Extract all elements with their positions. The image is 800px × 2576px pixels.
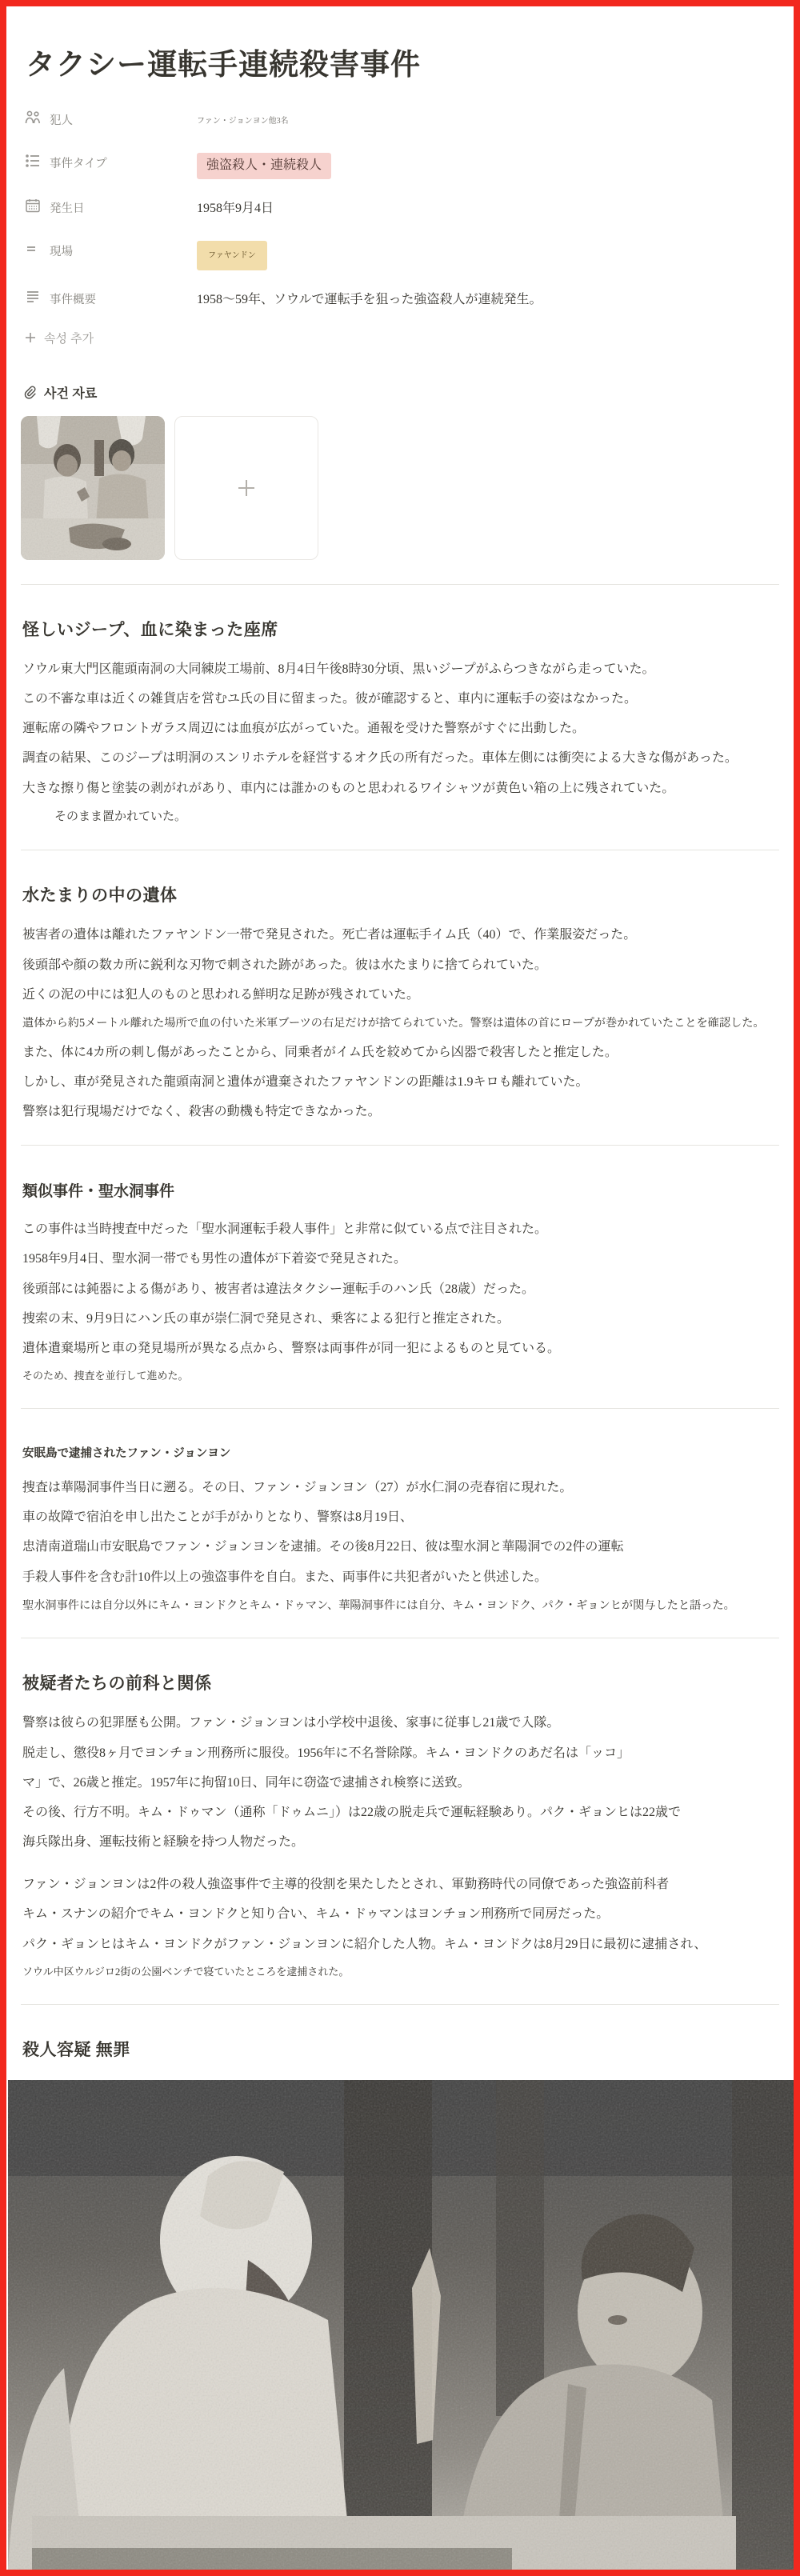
paragraph: 被害者の遺体は離れたファヤンドン一帯で発見された。死亡者は運転手イム氏（40）で…: [22, 926, 779, 944]
paragraph: 警察は彼らの犯罪歴も公開。ファン・ジョンヨンは小学校中退後、家事に従事し21歳で…: [22, 1714, 779, 1732]
paragraph: 車の故障で宿泊を申し出たことが手がかりとなり、警察は8月19日、: [22, 1508, 779, 1526]
divider: [21, 1145, 779, 1146]
page-title: タクシー運転手連続殺害事件: [26, 40, 779, 83]
paragraph: マ」で、26歳と推定。1957年に拘留10日、同年に窃盗で逮捕され検察に送致。: [22, 1774, 779, 1792]
paragraph: この不審な車は近くの雑貨店を営むユ氏の目に留まった。彼が確認すると、車内に運転手…: [22, 690, 779, 708]
property-value-summary[interactable]: 1958〜59年、ソウルで運転手を狙った強盗殺人が連続発生。: [197, 286, 542, 307]
property-row-summary[interactable]: 事件概要 1958〜59年、ソウルで運転手を狙った強盗殺人が連続発生。: [21, 286, 779, 314]
paragraph: ソウル中区ウルジロ2街の公園ベンチで寝ていたところを逮捕された。: [22, 1965, 779, 1980]
property-label: 事件概要: [50, 286, 168, 307]
paragraph: 1958年9月4日、聖水洞一帯でも男性の遺体が下着姿で発見された。: [22, 1250, 779, 1268]
paperclip-icon: [22, 385, 37, 399]
list-icon: [24, 153, 42, 169]
attachments-section: 사건 자료: [21, 383, 779, 560]
paragraph: 警察は犯行現場だけでなく、殺害の動機も特定できなかった。: [22, 1102, 779, 1121]
divider: [21, 850, 779, 850]
property-row-culprit[interactable]: 犯人 ファン・ジョンヨン他3名: [21, 107, 779, 134]
paragraph: パク・ギョンヒはキム・ヨンドクがファン・ジョンヨンに紹介した人物。キム・ヨンドク…: [22, 1935, 779, 1954]
text-icon: [24, 289, 42, 305]
paragraph: 捜索の末、9月9日にハン氏の車が崇仁洞で発見され、乗客による犯行と推定された。: [22, 1310, 779, 1328]
attachments-title: 사건 자료: [44, 383, 97, 402]
paragraph: 遺体遺棄場所と車の発見場所が異なる点から、警察は両事件が同一犯によるものと見てい…: [22, 1339, 779, 1358]
add-image-card[interactable]: [174, 416, 318, 560]
divider: [21, 1408, 779, 1409]
paragraph: この事件は当時捜査中だった「聖水洞運転手殺人事件」と非常に似ている点で注目された…: [22, 1220, 779, 1238]
paragraph: そのまま置かれていた。: [54, 809, 779, 826]
paragraph: 忠清南道瑞山市安眠島でファン・ジョンヨンを逮捕。その後8月22日、彼は聖水洞と華…: [22, 1538, 779, 1556]
paragraph: また、体に4カ所の刺し傷があったことから、同乗者がイム氏を絞めてから凶器で殺害し…: [22, 1043, 779, 1062]
paragraph: 海兵隊出身、運転技術と経験を持つ人物だった。: [22, 1833, 779, 1851]
people-icon: [24, 110, 42, 126]
paragraph: 遺体から約5メートル離れた場所で血の付いた米軍ブーツの右足だけが捨てられていた。…: [22, 1015, 779, 1032]
paragraph: キム・スナンの紹介でキム・ヨンドクと知り合い、キム・ドゥマンはヨンチョン刑務所で…: [22, 1905, 779, 1923]
paragraph: その後、行方不明。キム・ドゥマン（通称「ドゥムニ」）は22歳の脱走兵で運転経験あ…: [22, 1803, 779, 1822]
section-heading-jeep: 怪しいジープ、血に染まった座席: [22, 617, 779, 641]
divider: [21, 584, 779, 585]
paragraph: 調査の結果、このジープは明洞のスンリホテルを経営するオク氏の所有だった。車体左側…: [22, 749, 779, 767]
page: タクシー運転手連続殺害事件 犯人 ファン・ジョンヨン他3名 事件タイプ: [6, 40, 794, 2570]
case-type-tag[interactable]: 強盗殺人・連続殺人: [197, 153, 331, 179]
paragraph: 大きな擦り傷と塗装の剥がれがあり、車内には誰かのものと思われるワイシャツが黄色い…: [22, 779, 779, 798]
property-value-culprit[interactable]: ファン・ジョンヨン他3名: [197, 107, 289, 126]
paragraph: ソウル東大門区龍頭南洞の大同練炭工場前、8月4日午後8時30分頃、黒いジープがふ…: [22, 660, 779, 678]
paragraph: そのため、捜査を並行して進めた。: [22, 1369, 779, 1384]
scene-tag[interactable]: ファヤンドン: [197, 241, 267, 270]
section-heading-similar: 類似事件・聖水洞事件: [22, 1179, 779, 1201]
suspects-newspaper-photo[interactable]: [8, 2080, 795, 2570]
add-property-button[interactable]: 속성 추가: [24, 330, 779, 346]
calendar-icon: [24, 198, 42, 214]
property-label: 現場: [50, 238, 168, 259]
property-label: 犯人: [50, 107, 168, 128]
property-label: 事件タイプ: [50, 150, 168, 171]
paragraph: 脱走し、懲役8ヶ月でヨンチョン刑務所に服役。1956年に不名誉除隊。キム・ヨンド…: [22, 1744, 779, 1762]
paragraph: 運転席の隣やフロントガラス周辺には血痕が広がっていた。通報を受けた警察がすぐに出…: [22, 719, 779, 738]
paragraph: 後頭部や顔の数カ所に鋭利な刃物で刺された跡があった。彼は水たまりに捨てられていた…: [22, 956, 779, 974]
section-heading-arrest: 安眠島で逮捕されたファン・ジョンヨン: [22, 1444, 779, 1461]
paragraph: 近くの泥の中には犯人のものと思われる鮮明な足跡が残されていた。: [22, 986, 779, 1004]
paragraph: 捜査は華陽洞事件当日に遡る。その日、ファン・ジョンヨン（27）が水仁洞の売春宿に…: [22, 1478, 779, 1497]
property-table: 犯人 ファン・ジョンヨン他3名 事件タイプ 強盗殺人・連続殺人: [21, 107, 779, 314]
case-photo-thumbnail[interactable]: [21, 416, 165, 560]
divider: [21, 2004, 779, 2005]
add-property-label: 속성 추가: [44, 330, 94, 346]
section-heading-verdict: 殺人容疑 無罪: [22, 2037, 779, 2061]
property-value-date[interactable]: 1958年9月4日: [197, 195, 274, 216]
paragraph: ファン・ジョンヨンは2件の殺人強盗事件で主導的役割を果たしたとされ、軍勤務時代の…: [22, 1875, 779, 1894]
plus-icon: [236, 478, 257, 498]
section-heading-puddle: 水たまりの中の遺体: [22, 882, 779, 906]
section-heading-suspects: 被疑者たちの前科と関係: [22, 1670, 779, 1694]
property-row-scene[interactable]: 現場 ファヤンドン: [21, 238, 779, 270]
property-row-date[interactable]: 発生日 1958年9月4日: [21, 195, 779, 222]
paragraph: 手殺人事件を含む計10件以上の強盗事件を自白。また、両事件に共犯者がいたと供述し…: [22, 1568, 779, 1586]
property-row-casetype[interactable]: 事件タイプ 強盗殺人・連続殺人: [21, 150, 779, 179]
paragraph: 聖水洞事件には自分以外にキム・ヨンドクとキム・ドゥマン、華陽洞事件には自分、キム…: [22, 1598, 779, 1614]
property-label: 発生日: [50, 195, 168, 216]
paragraph: しかし、車が発見された龍頭南洞と遺体が遺棄されたファヤンドンの距離は1.9キロも…: [22, 1073, 779, 1091]
equals-icon: [24, 241, 42, 257]
paragraph: 後頭部には鈍器による傷があり、被害者は違法タクシー運転手のハン氏（28歳）だった…: [22, 1280, 779, 1298]
divider: [21, 1638, 779, 1638]
plus-icon: [24, 331, 37, 344]
